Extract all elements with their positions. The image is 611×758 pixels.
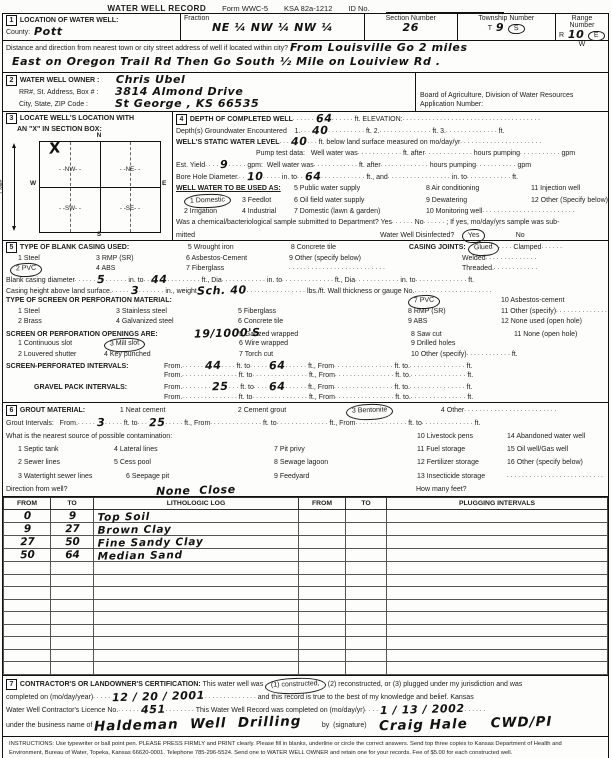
section-box-dash-left xyxy=(70,142,71,232)
plug-depth-cell xyxy=(346,548,387,561)
compass-west-label: W xyxy=(30,180,36,187)
dot-leader: ...... xyxy=(424,217,447,228)
dot-leader: ...... xyxy=(106,275,129,286)
form-label: 5 Public water supply xyxy=(294,183,426,194)
form-title-bar: WATER WELL RECORD Form WWC-5 KSA 82a-121… xyxy=(0,0,611,13)
section-1-number: 1 xyxy=(6,15,17,26)
depth-cell xyxy=(4,612,51,625)
contamination-row-2: 1 Septic tank4 Lateral lines7 Pit privy1… xyxy=(3,444,608,457)
form-label: in. to xyxy=(452,172,467,183)
log-table-row xyxy=(4,662,608,675)
dot-leader: ..... xyxy=(93,691,112,704)
form-label: What is the nearest source of possible c… xyxy=(6,431,417,444)
bore-hole-line: Bore Hole Diameter...10.....in. to..64..… xyxy=(173,171,608,183)
contamination-row-1: What is the nearest source of possible c… xyxy=(3,431,608,444)
form-label: 6 Seepage pit xyxy=(126,471,274,484)
form-label: Water Well Contractor's Licence No. xyxy=(6,705,118,718)
form-label: CASING JOINTS: xyxy=(409,243,468,254)
casing-height-value: 3 xyxy=(131,285,140,296)
plug-depth-cell xyxy=(346,535,387,548)
form-label: ft. xyxy=(475,418,481,431)
casing-joint-glued-circled: Glued xyxy=(468,242,499,256)
lithologic-log-table: FROM TO LITHOLOGIC LOG FROM TO PLUGGING … xyxy=(3,497,608,675)
log-table-row: 5064Median Sand xyxy=(4,548,608,561)
form-label: Depth(s) Groundwater Encountered 1. xyxy=(176,126,301,137)
form-title: WATER WELL RECORD xyxy=(107,4,206,13)
fraction-cell: Fraction NE ¼ NW ¼ NW ¼ xyxy=(181,14,365,40)
plug-interval-cell xyxy=(387,599,608,612)
form-label: ft. after xyxy=(403,148,425,159)
form-label: 7 Pit privy xyxy=(274,444,417,457)
log-table-row xyxy=(4,649,608,662)
gravel-pack-from: 25 xyxy=(212,381,229,392)
form-label: ft. to xyxy=(239,393,253,404)
form-label: 12 Other (Specify below) xyxy=(531,195,608,206)
openings-row-3: 2 Louvered shutter4 Key punched7 Torch c… xyxy=(3,349,608,360)
dot-leader: ..... xyxy=(78,417,97,430)
form-label: under the business name of xyxy=(6,717,94,734)
ksa-number: KSA 82a-1212 xyxy=(284,4,332,13)
depth-cell xyxy=(51,612,94,625)
log-table-row: 09Top Soil xyxy=(4,509,608,522)
grout-interval-to: 25 xyxy=(149,417,166,428)
township-cell: Township Number T 9 S xyxy=(458,14,556,40)
record-date-value: 1 / 13 / 2002 xyxy=(380,703,465,716)
one-mile-arrow xyxy=(14,148,15,226)
form-label: Grout Intervals: From. xyxy=(6,418,78,431)
casing-type-row-1: 5TYPE OF BLANK CASING USED:5 Wrought iro… xyxy=(3,242,608,253)
form-label: Was a chemical/bacteriological sample su… xyxy=(176,217,392,228)
form-label: Bore Hole Diameter. xyxy=(176,172,239,183)
dot-leader: ...... xyxy=(75,275,98,286)
plug-depth-cell xyxy=(299,509,346,522)
screen-material-row-3: 2 Brass4 Galvanized steel6 Concrete tile… xyxy=(3,317,608,328)
agency-name: Board of Agriculture, Division of Water … xyxy=(420,91,604,100)
fraction-value: NE ¼ NW ¼ NW ¼ xyxy=(212,21,333,34)
city-state-zip-value: St George , KS 66535 xyxy=(115,97,259,110)
dot-leader: ............. xyxy=(425,148,474,159)
depth-cell xyxy=(51,599,94,612)
dot-leader: ............... xyxy=(182,392,239,403)
form-label: gpm xyxy=(517,160,531,171)
signature-value: Craig Hale CWD/PI xyxy=(378,716,552,734)
form-label: 4 Lateral lines xyxy=(114,444,274,457)
dot-leader: ......................... xyxy=(464,404,558,417)
dot-leader: ............ xyxy=(467,349,512,360)
depth-cell xyxy=(51,624,94,637)
plug-depth-cell xyxy=(299,522,346,535)
static-water-level-value: 40 xyxy=(291,136,308,147)
constructed-circled: (1) constructed, xyxy=(265,678,326,694)
casing-diameter-line: Blank casing diameter......5......in. to… xyxy=(3,274,608,285)
use-row-2: 1 Domestic3 Feedlot6 Oil field water sup… xyxy=(173,194,608,206)
form-label: 10 Livestock pens xyxy=(417,431,507,444)
depth-completed-label: DEPTH OF COMPLETED WELL xyxy=(190,114,293,125)
form-label: hours pumping xyxy=(430,160,476,171)
form-label: 11 Fuel storage xyxy=(417,444,507,457)
range-label: Range Number xyxy=(559,15,605,29)
form-label: 2 Louvered shutter xyxy=(18,350,104,361)
plug-interval-cell xyxy=(387,574,608,587)
township-value: 9 xyxy=(496,21,504,34)
form-label: Pump test data: Well water was xyxy=(256,148,358,159)
id-no-label: ID No. xyxy=(348,4,369,13)
log-table-row xyxy=(4,587,608,600)
distance-label: Distance and direction from nearest town… xyxy=(6,45,288,52)
depth-cell: 64 xyxy=(50,548,93,562)
log-table-row xyxy=(4,599,608,612)
form-label: 12 None used (open hole) xyxy=(501,317,582,328)
range-cell: Range Number R 10 EW xyxy=(556,14,608,40)
dot-leader: .. xyxy=(239,172,247,183)
form-label: 4 Industrial xyxy=(242,206,294,217)
depth-cell xyxy=(4,599,51,612)
section-2-owner: 2WATER WELL OWNER :Chris Ubel RR#, St. A… xyxy=(3,73,608,112)
section-3-location-box: 3LOCATE WELL'S LOCATION WITH AN "X" IN S… xyxy=(3,112,173,240)
dot-leader: ..... xyxy=(263,172,282,183)
plug-depth-cell xyxy=(346,662,387,675)
screen-interval-to: 64 xyxy=(269,359,286,370)
log-table-row xyxy=(4,574,608,587)
depth-cell xyxy=(4,574,51,587)
section-5-casing: 5TYPE OF BLANK CASING USED:5 Wrought iro… xyxy=(3,241,608,403)
lithology-cell xyxy=(94,574,299,587)
section-box-horizontal-line xyxy=(40,187,160,188)
pump-test-line: Pump test data: Well water was..........… xyxy=(173,148,608,160)
grout-intervals-line: Grout Intervals: From......3.....ft. to.… xyxy=(3,417,608,430)
business-name-value: Haldeman Well Drilling xyxy=(94,715,302,734)
contamination-row-4: 3 Watertight sewer lines6 Seepage pit9 F… xyxy=(3,470,608,483)
dot-leader: ................ xyxy=(335,370,395,381)
log-table-row: 927Brown Clay xyxy=(4,522,608,535)
casing-title: TYPE OF BLANK CASING USED: xyxy=(20,243,188,254)
dot-leader: .............. xyxy=(556,306,609,317)
gravel-pack-line-1: GRAVEL PACK INTERVALS:From.........25...… xyxy=(3,381,608,392)
dot-leader: .......................... xyxy=(507,470,605,483)
form-label: gpm xyxy=(562,148,576,159)
depth-cell xyxy=(51,649,94,662)
section-5-number: 5 xyxy=(6,242,17,253)
dot-leader: ...... xyxy=(332,114,355,125)
distance-value-line2: East on Oregon Trail Rd Then Go South ½ … xyxy=(12,55,441,68)
depth-cell xyxy=(51,637,94,650)
township-t-label: T xyxy=(488,25,492,32)
form-label: 9 Dewatering xyxy=(426,195,531,206)
form-label: ft. 3. xyxy=(432,126,446,137)
form-label: ft. below land surface measured on mo/da… xyxy=(319,137,461,148)
plug-interval-cell xyxy=(387,587,608,600)
lithology-cell xyxy=(94,587,299,600)
form-label: 6 Concrete tile xyxy=(238,317,408,328)
county-label: County: xyxy=(6,29,30,36)
plug-depth-cell xyxy=(346,612,387,625)
dot-leader: .............. xyxy=(205,691,258,704)
quadrant-ne-label: - -NE- - xyxy=(100,166,160,173)
use-label: WELL WATER TO BE USED AS: xyxy=(176,183,294,194)
static-water-label: WELL'S STATIC WATER LEVEL xyxy=(176,137,280,148)
form-label: ft. xyxy=(512,172,518,183)
plug-interval-cell xyxy=(387,612,608,625)
groundwater-line: Depth(s) Groundwater Encountered 1....40… xyxy=(173,125,608,137)
compass-east-label: E xyxy=(162,180,166,187)
plug-depth-cell xyxy=(299,587,346,600)
plug-depth-cell xyxy=(299,599,346,612)
application-number-label: Application Number: xyxy=(420,100,604,109)
plug-depth-cell xyxy=(346,574,387,587)
dot-leader: ... xyxy=(307,137,318,148)
id-no-blank xyxy=(386,4,504,13)
section-6-grout: 6GROUT MATERIAL:1 Neat cement2 Cement gr… xyxy=(3,403,608,497)
screen-interval-from: 44 xyxy=(205,359,222,370)
dot-leader: ... xyxy=(138,417,149,430)
form-label: in. to xyxy=(282,172,297,183)
dot-leader: ........... xyxy=(476,160,517,171)
distance-value-line1: From Louisville Go 2 miles xyxy=(290,41,468,54)
static-level-line: WELL'S STATIC WATER LEVEL...40...ft. bel… xyxy=(173,136,608,148)
depth-cell xyxy=(51,587,94,600)
form-label: ft. xyxy=(512,350,518,361)
disinfected-line: mittedWater Well Disinfected?YesNo xyxy=(173,229,608,241)
form-label: 4 Galvanized steel xyxy=(116,317,238,328)
lithology-cell xyxy=(94,649,299,662)
well-location-x-mark: X xyxy=(48,138,62,157)
section-6-number: 6 xyxy=(6,405,17,416)
dot-leader: ............ xyxy=(321,172,366,183)
depth-cell: 50 xyxy=(3,548,50,563)
dot-leader: ............... xyxy=(411,392,468,403)
form-label: 11 None (open hole) xyxy=(514,330,577,341)
form-label: ft. 2. xyxy=(366,126,380,137)
screen-openings-value: 19/1000'S xyxy=(194,327,239,339)
form-label: mitted xyxy=(176,230,195,241)
section-number-cell: Section Number 26 xyxy=(365,14,458,40)
form-label: ft. to xyxy=(408,418,422,431)
form-label: 1 Neat cement xyxy=(120,405,238,418)
form-label: by (signature) xyxy=(322,717,367,734)
sample-question-line: Was a chemical/bacteriological sample su… xyxy=(173,217,608,229)
compass-south-label: S xyxy=(39,231,159,238)
depth-cell xyxy=(4,662,51,675)
quadrant-sw-label: - -SW- - xyxy=(40,205,100,212)
plug-depth-cell xyxy=(299,535,346,548)
depth-cell xyxy=(51,662,94,675)
form-label: ft. after xyxy=(359,160,381,171)
bore-hole-diameter-value: 10 xyxy=(246,171,263,182)
form-label: ft. to. xyxy=(395,393,411,404)
form-label: How many feet? xyxy=(416,484,467,497)
screen-intervals-line-1: SCREEN-PERFORATED INTERVALS:From.......4… xyxy=(3,360,608,371)
form-label: 6 Oil field water supply xyxy=(294,195,426,206)
plug-depth-cell xyxy=(299,624,346,637)
form-label: completed on (mo/day/year) xyxy=(6,692,93,705)
contamination-direction-value: None Close xyxy=(156,480,386,497)
section-2-number: 2 xyxy=(6,75,17,86)
form-label: ; If yes, mo/day/yrs sample was sub- xyxy=(446,217,559,228)
log-table-row xyxy=(4,624,608,637)
instructions-line-1: INSTRUCTIONS: Use typewriter or ball poi… xyxy=(9,740,602,749)
instructions-line-2: Environment, Bureau of Water, Topeka, Ka… xyxy=(9,749,602,758)
form-label: 10 Other (specify) xyxy=(411,350,467,361)
form-label: ft., From xyxy=(329,418,355,431)
form-label: ft., From xyxy=(309,393,335,404)
plug-interval-cell xyxy=(387,535,608,548)
depth-cell xyxy=(4,649,51,662)
dot-leader: ... xyxy=(280,137,291,148)
township-south-circled: S xyxy=(508,24,525,35)
dot-leader: ............... xyxy=(252,392,309,403)
city-state-zip-label: City, State, ZIP Code : xyxy=(19,99,115,111)
screen-material-row-2: 1 Steel3 Stainless steel5 Fiberglass8 RM… xyxy=(3,306,608,317)
form-label: ft. xyxy=(499,126,505,137)
form-label: 15 Oil well/Gas well xyxy=(507,444,568,457)
county-value: Pott xyxy=(34,25,63,38)
casing-type-row-3: 2 PVC4 ABS7 Fiberglass..................… xyxy=(3,263,608,274)
dot-leader: ................ xyxy=(335,392,395,403)
range-value: 10 xyxy=(568,28,585,41)
circle-mark: Glued xyxy=(467,241,498,256)
plug-depth-cell xyxy=(299,574,346,587)
form-label: 7 Domestic (lawn & garden) xyxy=(294,206,426,217)
dot-leader: .... xyxy=(498,242,513,253)
range-west-label: W xyxy=(579,41,586,48)
form-label: 2 Brass xyxy=(18,317,116,328)
lithology-cell xyxy=(94,637,299,650)
section-box-dash-right xyxy=(130,142,131,232)
plug-interval-cell xyxy=(387,561,608,574)
plug-depth-cell xyxy=(299,561,346,574)
water-well-record-form: 1LOCATION OF WATER WELL: County: Pott Fr… xyxy=(2,13,609,758)
form-label: 16 Other (specify below) xyxy=(507,457,583,470)
form-label: 2 Cement grout xyxy=(238,405,346,418)
grout-interval-from: 3 xyxy=(97,417,106,428)
plug-depth-cell xyxy=(346,599,387,612)
form-label: 5 Cess pool xyxy=(114,457,274,470)
range-r-label: R xyxy=(559,32,564,39)
plug-interval-cell xyxy=(387,637,608,650)
depth-cell xyxy=(51,574,94,587)
form-label: Water Well Disinfected? xyxy=(380,230,454,241)
dot-leader: ............ xyxy=(494,263,539,274)
dot-leader: ...... xyxy=(118,704,141,717)
plug-depth-cell xyxy=(346,649,387,662)
dot-leader: .... xyxy=(365,704,380,717)
section-1-title: LOCATION OF WATER WELL: xyxy=(20,17,119,24)
plug-interval-cell xyxy=(387,509,608,522)
form-label: 10 Monitoring well xyxy=(426,206,482,217)
plug-depth-cell xyxy=(299,637,346,650)
dot-leader: ...... xyxy=(392,217,415,228)
depth-cell xyxy=(4,637,51,650)
dot-leader: .............. xyxy=(282,275,335,286)
form-label: No xyxy=(415,217,424,228)
distance-direction-block: Distance and direction from nearest town… xyxy=(3,40,608,72)
dot-leader: ............... xyxy=(411,370,468,381)
form-number: Form WWC-5 xyxy=(222,4,268,13)
log-table-row: 2750Fine Sandy Clay xyxy=(4,535,608,548)
dot-leader: ................. xyxy=(388,172,452,183)
form-label: 2 Sewer lines xyxy=(18,457,114,470)
contamination-row-3: 2 Sewer lines5 Cess pool8 Sewage lagoon1… xyxy=(3,457,608,470)
dot-leader: .. xyxy=(297,172,305,183)
form-label: This water well was xyxy=(201,679,265,692)
form-label: 8 Concrete tile xyxy=(291,243,409,254)
plug-depth-cell xyxy=(346,624,387,637)
dot-leader: .............. xyxy=(277,417,330,430)
plug-depth-cell xyxy=(346,509,387,522)
grout-material-line: 6GROUT MATERIAL:1 Neat cement2 Cement gr… xyxy=(3,404,608,417)
depth-cell xyxy=(51,561,94,574)
licence-number-value: 451 xyxy=(141,704,166,716)
plugging-intervals-header: PLUGGING INTERVALS xyxy=(387,497,608,509)
section-number-value: 26 xyxy=(402,21,419,34)
depth-completed-line: 4DEPTH OF COMPLETED WELL......64......ft… xyxy=(173,113,608,125)
dot-leader: ..... xyxy=(228,160,247,171)
one-mile-label: 1 Mile xyxy=(0,180,4,195)
casing-weight-value: Sch. 40 xyxy=(197,284,247,296)
section-1-location: 1LOCATION OF WATER WELL: County: Pott Fr… xyxy=(3,14,608,73)
dot-leader: ..... xyxy=(165,417,184,430)
form-label: 13 Insecticide storage xyxy=(417,471,507,484)
form-label: 12 Fertilizer storage xyxy=(417,457,507,470)
dot-leader: ..... xyxy=(105,417,124,430)
lithology-cell xyxy=(94,662,299,675)
bore-hole-depth-value: 64 xyxy=(304,171,321,182)
depth-completed-value: 64 xyxy=(315,113,332,124)
dot-leader: ........... xyxy=(520,148,561,159)
completed-date-value: 12 / 20 / 2001 xyxy=(112,690,205,703)
section-3-4-row: 3LOCATE WELL'S LOCATION WITH AN "X" IN S… xyxy=(3,112,608,241)
lithology-cell xyxy=(94,612,299,625)
form-label: Direction from well? xyxy=(6,484,156,497)
plug-depth-cell xyxy=(299,612,346,625)
plug-depth-cell xyxy=(299,649,346,662)
plug-interval-cell xyxy=(387,624,608,637)
screen-intervals-line-2: From................ft. to..............… xyxy=(3,370,608,381)
dot-leader: ..................................... xyxy=(403,114,542,125)
lithologic-log-section: FROM TO LITHOLOGIC LOG FROM TO PLUGGING … xyxy=(3,497,608,676)
log-table-row xyxy=(4,637,608,650)
section-7-number: 7 xyxy=(6,679,17,690)
form-label: 1 Septic tank xyxy=(18,444,114,457)
plug-depth-cell xyxy=(299,662,346,675)
section-3-number: 3 xyxy=(6,113,17,124)
use-row-3: 2 Irrigation4 Industrial7 Domestic (lawn… xyxy=(173,206,608,218)
casing-height-line: Casing height above land surface......3.… xyxy=(3,285,608,296)
casing-diameter-value: 5 xyxy=(97,274,106,285)
section-4-number: 4 xyxy=(176,114,187,125)
log-table-row xyxy=(4,561,608,574)
certification-signature-line: under the business name of Haldeman Well… xyxy=(3,717,608,736)
gravel-pack-line-2: From................ft. to..............… xyxy=(3,392,608,403)
form-label: 9 ABS xyxy=(408,317,501,328)
dot-leader: ............ xyxy=(355,275,400,286)
dot-leader: .......................... xyxy=(289,263,407,274)
form-label: ft., and xyxy=(366,172,387,183)
form-label: 3 Watertight sewer lines xyxy=(18,471,126,484)
depth-cell xyxy=(4,561,51,574)
plug-depth-cell xyxy=(346,587,387,600)
plug-interval-cell xyxy=(387,548,608,561)
plug-to-header: TO xyxy=(346,497,387,509)
dot-leader: ............. xyxy=(381,160,430,171)
dot-leader: ...................... xyxy=(460,137,543,148)
dot-leader: ........ xyxy=(166,704,196,717)
groundwater-depth-value: 40 xyxy=(312,124,329,135)
dot-leader: .............. xyxy=(446,126,499,137)
casing-type-row-2: 1 Steel3 RMP (SR)6 Asbestos-Cement9 Othe… xyxy=(3,253,608,264)
dot-leader: ...... xyxy=(541,242,564,253)
depth-cell xyxy=(4,587,51,600)
